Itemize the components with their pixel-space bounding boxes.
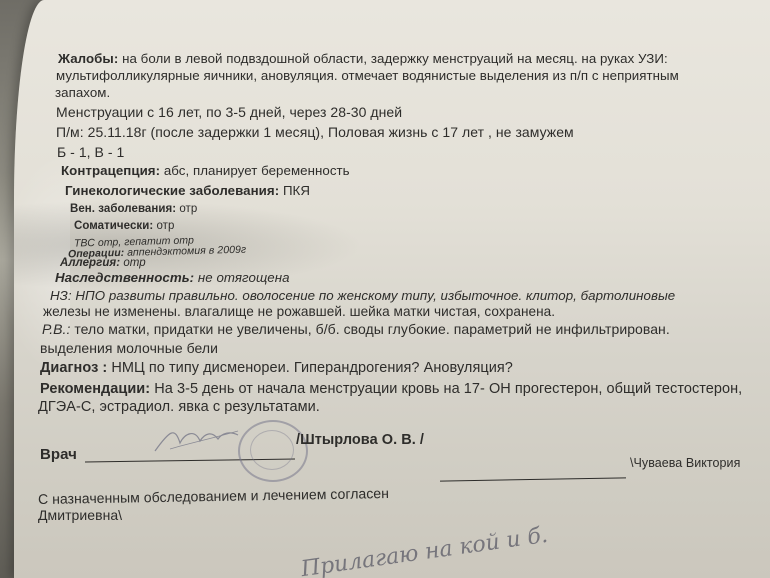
heredity-label: Наследственность: <box>55 270 194 285</box>
diagnosis-line: Диагноз : НМЦ по типу дисменореи. Гипера… <box>40 360 513 376</box>
complaints-line-2: мультифолликулярные яичники, ановуляция.… <box>56 68 679 83</box>
ven-diseases-line: Вен. заболевания: отр <box>70 203 197 215</box>
ven-diseases-value: отр <box>179 203 197 215</box>
gyn-diseases-label: Гинекологические заболевания: <box>65 183 279 198</box>
somatic-value: отр <box>156 220 174 232</box>
heredity-value: не отягощена <box>198 270 290 285</box>
pv-line-1: Р.В.: тело матки, придатки не увеличены,… <box>42 321 670 337</box>
recommendations-label: Рекомендации: <box>40 381 150 397</box>
diagnosis-label: Диагноз : <box>40 360 107 376</box>
pv-text-1: тело матки, придатки не увеличены, б/б. … <box>74 321 669 337</box>
doctor-signature <box>150 425 240 455</box>
last-period: П/м: 25.11.18г (после задержки 1 месяц),… <box>56 124 574 140</box>
doctor-name: /Штырлова О. В. / <box>296 432 424 448</box>
pv-line-2: выделения молочные бели <box>40 340 218 356</box>
exam-text-1: НПО развиты правильно. оволосение по жен… <box>75 288 675 303</box>
complaints-line-1: Жалобы: на боли в левой подвздошной обла… <box>58 51 668 66</box>
complaints-text-1: на боли в левой подвздошной области, зад… <box>122 51 668 66</box>
patient-name-part-2: Дмитриевна\ <box>38 507 122 523</box>
contraception-value: абс, планирует беременность <box>164 163 350 178</box>
pregnancies: Б - 1, В - 1 <box>57 144 124 160</box>
contraception-line: Контрацепция: абс, планирует беременност… <box>61 163 350 178</box>
gyn-diseases-value: ПКЯ <box>283 183 310 198</box>
complaints-line-3: запахом. <box>55 85 110 100</box>
doctor-label: Врач <box>40 446 77 463</box>
menstruation-history: Менструации с 16 лет, по 3-5 дней, через… <box>56 104 402 120</box>
pv-label: Р.В.: <box>42 321 70 337</box>
diagnosis-value: НМЦ по типу дисменореи. Гиперандрогения?… <box>111 360 512 376</box>
gyn-diseases-line: Гинекологические заболевания: ПКЯ <box>65 183 310 198</box>
clinic-stamp <box>238 420 308 482</box>
recommendations-line-1: Рекомендации: На 3-5 день от начала менс… <box>40 381 742 397</box>
somatic-label: Соматически: <box>74 220 153 232</box>
recommendations-text-1: На 3-5 день от начала менструации кровь … <box>154 381 742 397</box>
contraception-label: Контрацепция: <box>61 163 160 178</box>
exam-line-2: железы не изменены. влагалище не рожавше… <box>43 304 555 319</box>
somatic-line: Соматически: отр <box>74 220 174 232</box>
heredity-line: Наследственность: не отягощена <box>55 270 290 285</box>
exam-line-1: НЗ: НПО развиты правильно. оволосение по… <box>50 288 675 303</box>
allergy-value: отр <box>123 257 145 269</box>
allergy-line: Аллергия: отр <box>60 257 146 269</box>
patient-name-part-1: \Чуваева Виктория <box>630 456 740 470</box>
allergy-label: Аллергия: <box>60 257 120 269</box>
ven-diseases-label: Вен. заболевания: <box>70 203 176 215</box>
recommendations-line-2: ДГЭА-С, эстрадиол. явка с результатами. <box>38 399 320 415</box>
complaints-label: Жалобы: <box>58 51 118 66</box>
exam-label: НЗ: <box>50 288 72 303</box>
